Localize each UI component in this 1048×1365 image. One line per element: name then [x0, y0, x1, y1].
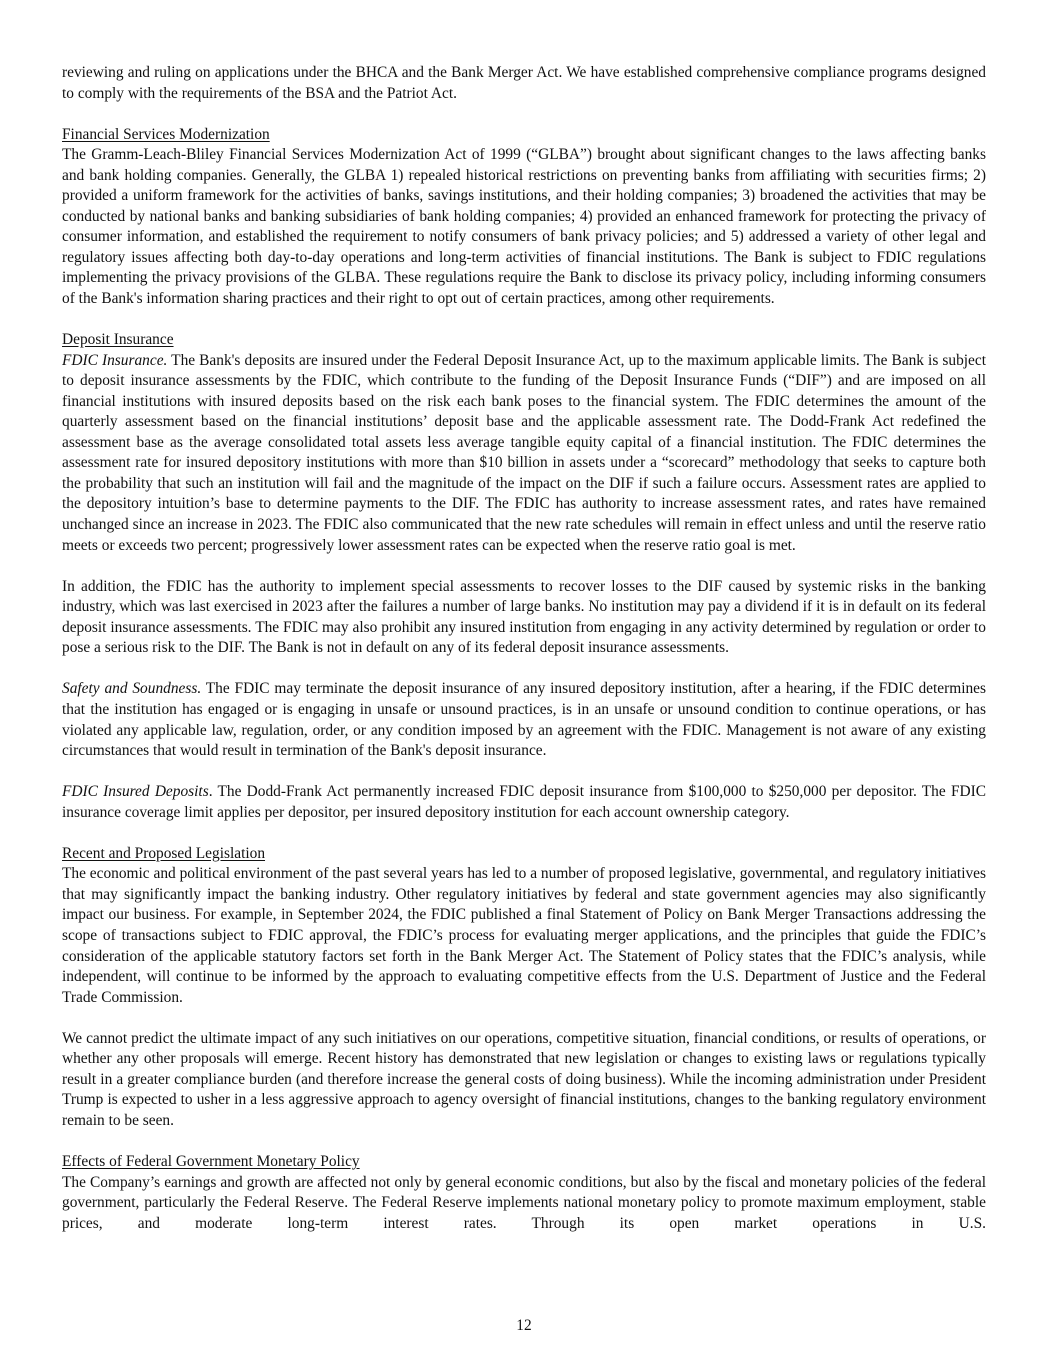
paragraph-impact-prediction: We cannot predict the ultimate impact of… [62, 1029, 986, 1132]
paragraph-text: In addition, the FDIC has the authority … [62, 578, 986, 657]
paragraph-text: The FDIC may terminate the deposit insur… [62, 680, 986, 759]
spacer [62, 1131, 986, 1152]
section-heading-financial-services-modernization: Financial Services Modernization [62, 125, 986, 146]
section-heading-recent-and-proposed-legislation: Recent and Proposed Legislation [62, 844, 986, 865]
paragraph-text: The Gramm-Leach-Bliley Financial Service… [62, 146, 986, 307]
paragraph-text: The Bank's deposits are insured under th… [62, 352, 986, 554]
paragraph-fdic-insured-deposits: FDIC Insured Deposits. The Dodd-Frank Ac… [62, 782, 986, 823]
paragraph-lead-italic: Safety and Soundness. [62, 680, 201, 697]
paragraph-fdic-insurance: FDIC Insurance. The Bank's deposits are … [62, 351, 986, 556]
spacer [62, 823, 986, 844]
spacer [62, 310, 986, 331]
page-number: 12 [0, 1317, 1048, 1335]
paragraph-lead-italic: FDIC Insured Deposits [62, 783, 209, 800]
intro-paragraph: reviewing and ruling on applications und… [62, 63, 986, 104]
paragraph-text: We cannot predict the ultimate impact of… [62, 1030, 986, 1129]
paragraph-text: The Company’s earnings and growth are af… [62, 1174, 986, 1232]
document-page: reviewing and ruling on applications und… [62, 63, 986, 1234]
spacer [62, 762, 986, 783]
spacer [62, 556, 986, 577]
paragraph-safety-and-soundness: Safety and Soundness. The FDIC may termi… [62, 679, 986, 761]
spacer [62, 104, 986, 125]
paragraph-monetary-policy: The Company’s earnings and growth are af… [62, 1173, 986, 1235]
spacer [62, 659, 986, 680]
paragraph-legislative-environment: The economic and political environment o… [62, 864, 986, 1008]
paragraph-lead-italic: FDIC Insurance. [62, 352, 167, 369]
paragraph-special-assessments: In addition, the FDIC has the authority … [62, 577, 986, 659]
paragraph-glba: The Gramm-Leach-Bliley Financial Service… [62, 145, 986, 309]
section-heading-deposit-insurance: Deposit Insurance [62, 330, 986, 351]
paragraph-text: The economic and political environment o… [62, 865, 986, 1005]
spacer [62, 1008, 986, 1029]
section-heading-monetary-policy: Effects of Federal Government Monetary P… [62, 1152, 986, 1173]
